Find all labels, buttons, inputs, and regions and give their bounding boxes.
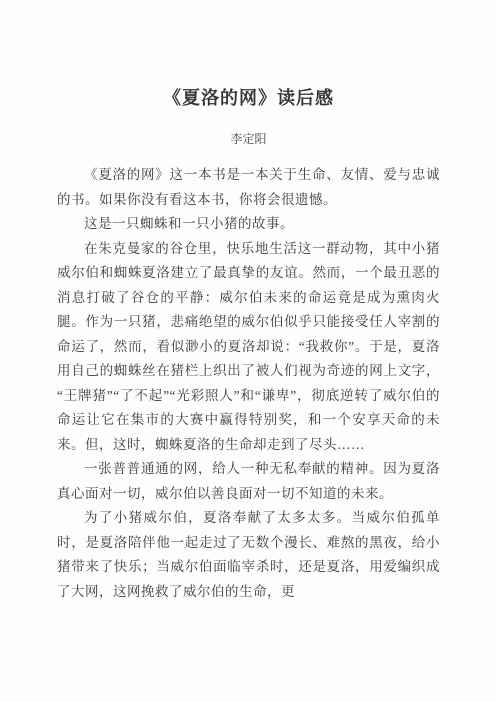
author-name: 李定阳: [57, 130, 440, 147]
document-title: 《夏洛的网》读后感: [57, 84, 440, 110]
paragraph: 在朱克曼家的谷仓里，快乐地生活这一群动物，其中小猪威尔伯和蜘蛛夏洛建立了最真挚的…: [57, 237, 440, 458]
body-text: 《夏洛的网》这一本书是一本关于生命、友情、爱与忠诚的书。如果你没有看这本书，你将…: [57, 163, 440, 604]
paragraph: 为了小猪威尔伯，夏洛奉献了太多太多。当威尔伯孤单时，是夏洛陪伴他一起走过了无数个…: [57, 506, 440, 604]
paragraph: 这是一只蜘蛛和一只小猪的故事。: [57, 212, 440, 237]
paragraph: 《夏洛的网》这一本书是一本关于生命、友情、爱与忠诚的书。如果你没有看这本书，你将…: [57, 163, 440, 212]
paragraph: 一张普普通通的网，给人一种无私奉献的精神。因为夏洛真心面对一切，威尔伯以善良面对…: [57, 457, 440, 506]
document-page: 《夏洛的网》读后感 李定阳 《夏洛的网》这一本书是一本关于生命、友情、爱与忠诚的…: [0, 0, 496, 702]
